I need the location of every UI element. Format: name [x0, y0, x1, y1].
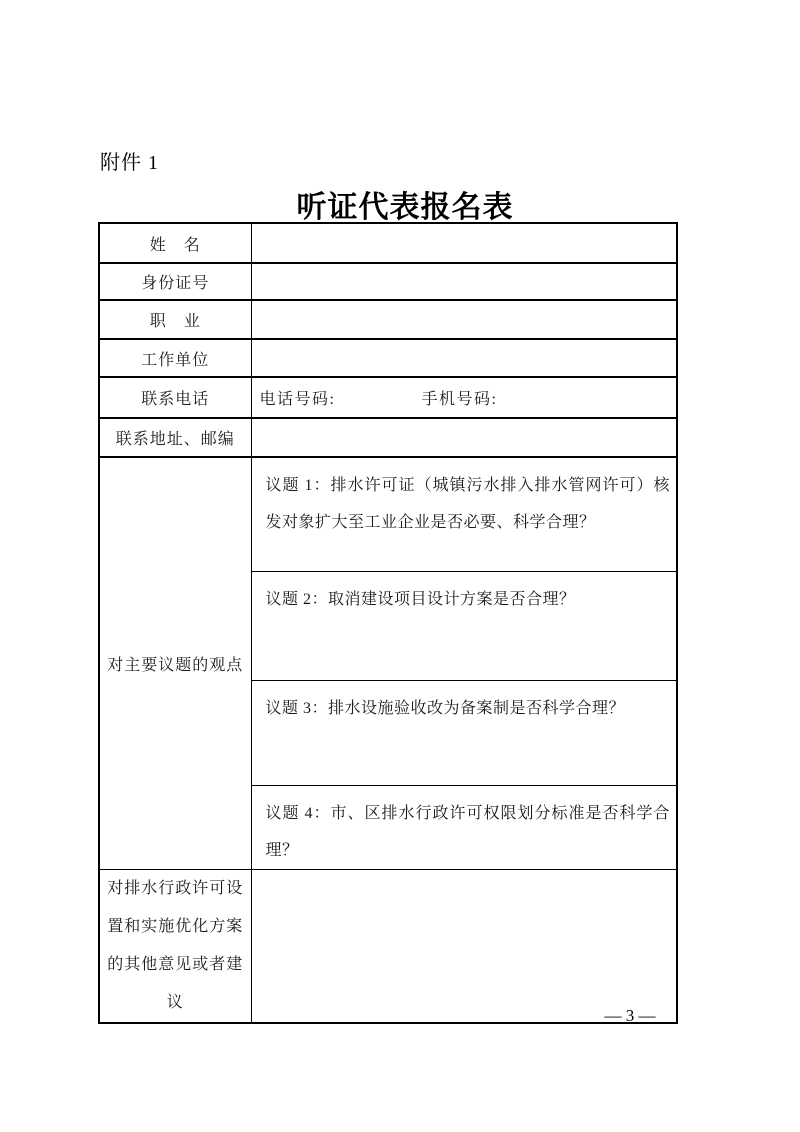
- work-unit-field-value: [251, 339, 677, 377]
- other-opinions-label: 对排水行政许可设置和实施优化方案的其他意见或者建议: [99, 869, 251, 1023]
- topics-section-label: 对主要议题的观点: [99, 457, 251, 869]
- name-field-value: [251, 223, 677, 263]
- table-row-name: 姓 名: [99, 223, 677, 263]
- page-title: 听证代表报名表: [0, 182, 800, 226]
- topic-3-text: 议题 3：排水设施验收改为备案制是否科学合理？: [251, 680, 677, 785]
- topic-1-text: 议题 1：排水许可证（城镇污水排入排水管网许可）核发对象扩大至工业企业是否必要、…: [251, 457, 677, 571]
- table-row-occupation: 职 业: [99, 300, 677, 339]
- table-row-id-number: 身份证号: [99, 263, 677, 300]
- address-postcode-field-value: [251, 418, 677, 457]
- name-field-label: 姓 名: [99, 223, 251, 263]
- document-page: 附件 1 听证代表报名表 姓 名 身份证号 职 业 工作单位: [0, 0, 800, 1132]
- attachment-label: 附件 1: [100, 146, 159, 175]
- table-row-topic-1: 对主要议题的观点 议题 1：排水许可证（城镇污水排入排水管网许可）核发对象扩大至…: [99, 457, 677, 571]
- address-postcode-field-label: 联系地址、邮编: [99, 418, 251, 457]
- topic-4-text: 议题 4：市、区排水行政许可权限划分标准是否科学合理？: [251, 785, 677, 869]
- work-unit-field-label: 工作单位: [99, 339, 251, 377]
- table-row-address-postcode: 联系地址、邮编: [99, 418, 677, 457]
- mobile-number-label: 手机号码:: [421, 391, 497, 408]
- contact-phone-field-label: 联系电话: [99, 377, 251, 418]
- id-number-field-value: [251, 263, 677, 300]
- page-number: — 3 —: [580, 1006, 680, 1026]
- topic-2-text: 议题 2：取消建设项目设计方案是否合理？: [251, 571, 677, 680]
- phone-number-label: 电话号码:: [260, 391, 336, 408]
- contact-phone-field-value: 电话号码: 手机号码:: [251, 377, 677, 418]
- registration-form-table: 姓 名 身份证号 职 业 工作单位 联系电话 电话号码: 手机号码:: [98, 222, 678, 1024]
- table-row-work-unit: 工作单位: [99, 339, 677, 377]
- table-row-contact-phone: 联系电话 电话号码: 手机号码:: [99, 377, 677, 418]
- occupation-field-label: 职 业: [99, 300, 251, 339]
- other-opinions-value: [251, 869, 677, 1023]
- occupation-field-value: [251, 300, 677, 339]
- table-row-other-opinions: 对排水行政许可设置和实施优化方案的其他意见或者建议: [99, 869, 677, 1023]
- id-number-field-label: 身份证号: [99, 263, 251, 300]
